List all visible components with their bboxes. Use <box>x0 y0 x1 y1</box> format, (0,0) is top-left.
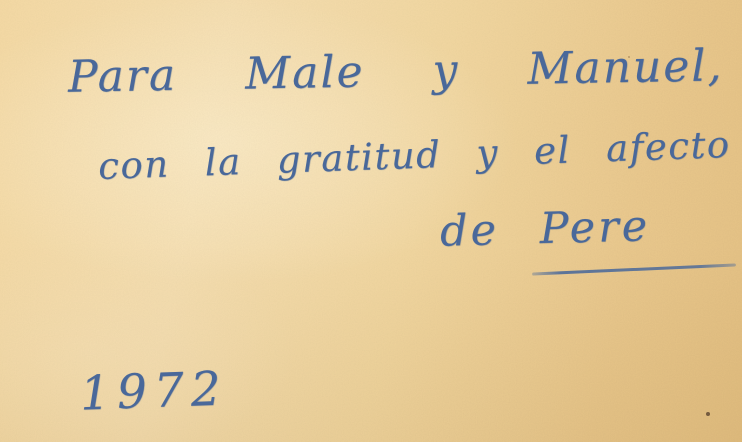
signature-prefix: de <box>439 205 499 257</box>
paper-speck <box>706 412 710 416</box>
dedication-line-2: con la gratitud y el afecto <box>97 123 731 188</box>
inscription-page: Para Male y Manuel, con la gratitud y el… <box>0 0 742 442</box>
signature-underline <box>532 263 736 275</box>
dedication-line-3: de Pere <box>439 201 650 256</box>
dedication-line-1: Para Male y Manuel, <box>68 40 724 102</box>
paper-speck <box>628 56 630 58</box>
signature: Pere <box>539 201 651 254</box>
year: 1972 <box>79 361 228 421</box>
